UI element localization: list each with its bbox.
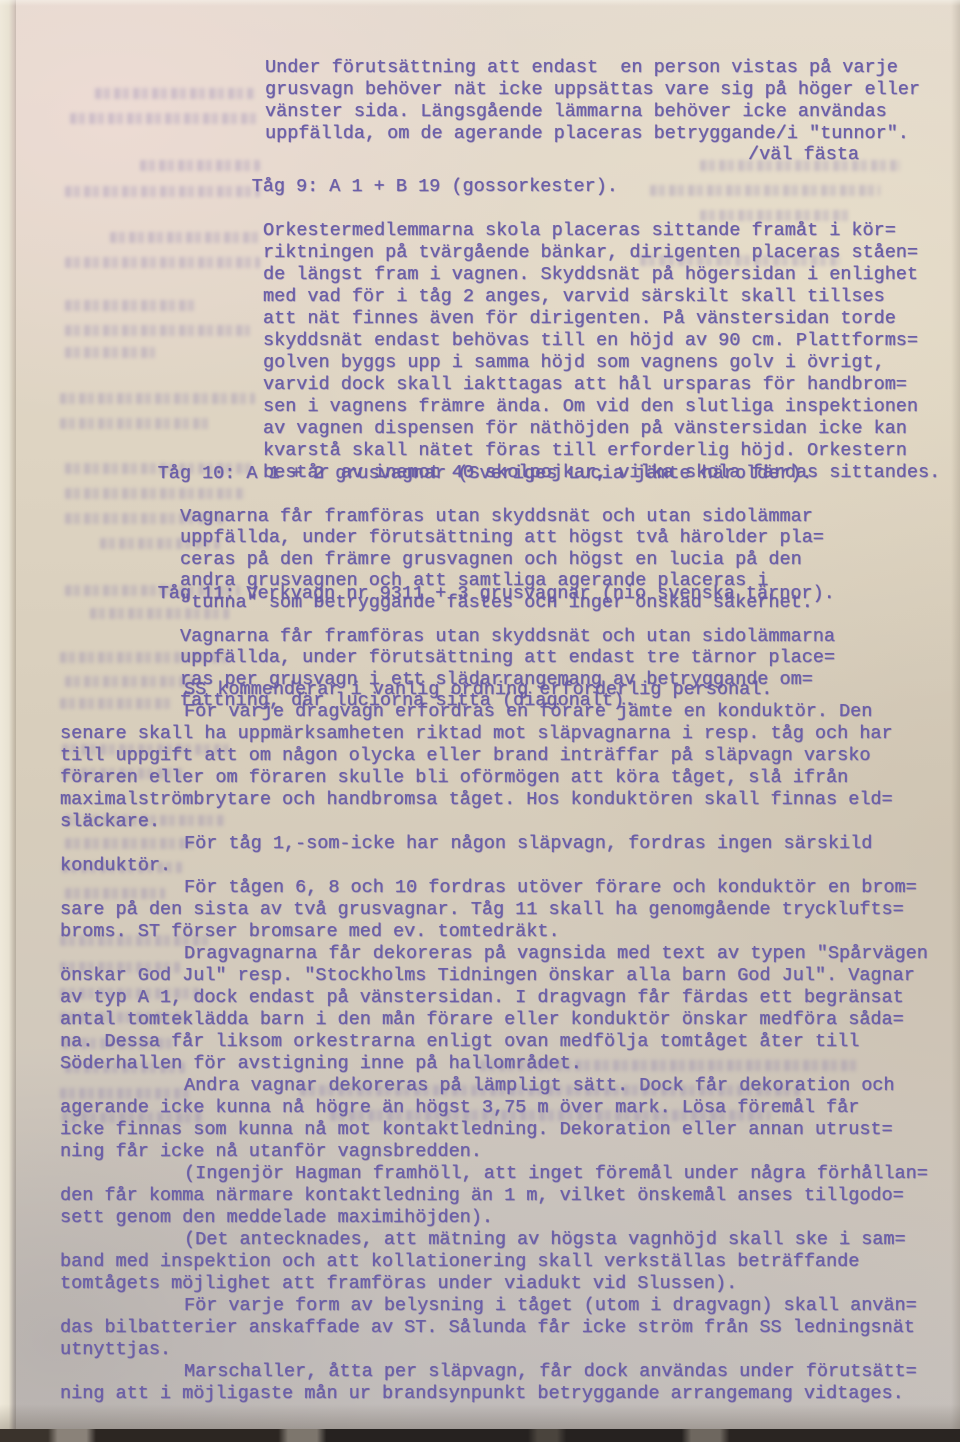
text-line: För varje dragvagn erfordras en förare j… [60, 701, 940, 723]
text-line: vänster sida. Längsgående lämmarna behöv… [265, 101, 920, 123]
text-line: utnyttjas. [60, 1339, 940, 1361]
paragraph: Marschaller, åtta per släpvagn, får dock… [60, 1361, 940, 1405]
text-line: (Ingenjör Hagman framhöll, att inget för… [60, 1163, 940, 1185]
text-line: na. Dessa får liksom orkestrarna enligt … [60, 1031, 940, 1053]
text-line: golven byggs upp i samma höjd som vagnen… [263, 352, 940, 374]
paragraph: Andra vagnar dekoreras på lämpligt sätt.… [60, 1075, 940, 1163]
text-line: broms. ST förser bromsare med ev. tomted… [60, 921, 940, 943]
page-right-edge [951, 0, 960, 1442]
bleed-through-line [65, 300, 195, 311]
paragraph: För varje form av belysning i tåget (uto… [60, 1295, 940, 1361]
bleed-through-line [65, 347, 155, 358]
text-line: riktningen på tvärgående bänkar, dirigen… [263, 242, 940, 264]
text-line: varvid dock skall iakttagas att hål ursp… [263, 374, 940, 396]
text-line: grusvagn behöver nät icke uppsättas vare… [265, 79, 920, 101]
text-line: med vad för i tåg 2 anges, varvid särski… [263, 286, 940, 308]
text-line: ning att i möjligaste mån ur brandsynpun… [60, 1383, 940, 1405]
train-title: A 1 + 2 grusvagnar (Sveriges Lucia jämte… [246, 463, 812, 484]
text-line: släckare. [60, 811, 940, 833]
train-10-heading: Tåg 10:A 1 + 2 grusvagnar (Sveriges Luci… [91, 441, 824, 506]
paragraph: (Det antecknades, att mätning av högsta … [60, 1229, 940, 1295]
text-line: sen i vagnens främre ända. Om vid den sl… [263, 396, 940, 418]
text-line: uppfällda, under förutsättning att endas… [180, 647, 835, 669]
train-title: A 1 + B 19 (gossorkester). [329, 176, 618, 197]
text-line: För tågen 6, 8 och 10 fordras utöver för… [60, 877, 940, 899]
text-line: För varje form av belysning i tåget (uto… [60, 1295, 940, 1317]
text-line: av vagnen dispensen för näthöjden på vän… [263, 418, 940, 440]
text-line: föraren eller om föraren skulle bli oför… [60, 767, 940, 789]
train-label: Tåg 9: [252, 176, 319, 197]
page-top-edge [0, 0, 960, 6]
text-line: agerande icke kunna nå högre än högst 3,… [60, 1097, 940, 1119]
text-line: uppfällda, under förutsättning att högst… [180, 527, 824, 549]
text-line: uppfällda, om de agerande placeras betry… [265, 123, 920, 145]
text-line: senare skall ha uppmärksamheten riktad m… [60, 723, 940, 745]
paragraph: För tågen 6, 8 och 10 fordras utöver för… [60, 877, 940, 943]
page-bottom-edge [0, 1429, 960, 1442]
text-line: önskar God Jul" resp. "Stockholms Tidnin… [60, 965, 940, 987]
text-line: att nät finnes även för dirigenten. På v… [263, 308, 940, 330]
text-line: maximalströmbrytare och handbromsa tåget… [60, 789, 940, 811]
bottom-scan-shadow [0, 1404, 960, 1430]
train-title: Verkvagn nr 9311 + 3 grusvagnar (nio sve… [246, 583, 834, 604]
text-line: icke finnas som kunna nå mot kontaktledn… [60, 1119, 940, 1141]
text-line: band med inspektion och att kollationeri… [60, 1251, 940, 1273]
text-line: de längst fram i vagnen. Skyddsnät på hö… [263, 264, 940, 286]
text-line: den får komma närmare kontaktledning än … [60, 1185, 940, 1207]
text-line: Dragvagnarna får dekoreras på vagnsida m… [60, 943, 940, 965]
text-line: (Det antecknades, att mätning av högsta … [60, 1229, 940, 1251]
paragraph: Dragvagnarna får dekoreras på vagnsida m… [60, 943, 940, 1075]
text-line: till uppgift att om någon olycka eller b… [60, 745, 940, 767]
text-line: av typ A 1, dock endast på vänstersidan.… [60, 987, 940, 1009]
page-left-edge [0, 0, 16, 1442]
paragraph: SS kommenderar i vanlig ordning erforder… [60, 679, 940, 701]
train-9-section: Tåg 9:A 1 + B 19 (gossorkester). Orkeste… [185, 154, 940, 484]
bleed-through-line [70, 113, 260, 124]
text-line: skyddsnät endast behövas till en höjd av… [263, 330, 940, 352]
text-line: Marschaller, åtta per släpvagn, får dock… [60, 1361, 940, 1383]
text-line: Vagnarna får framföras utan skyddsnät oc… [180, 626, 835, 648]
bleed-through-line [95, 88, 255, 99]
text-line: Andra vagnar dekoreras på lämpligt sätt.… [60, 1075, 940, 1097]
text-line: sett genom den meddelade maximihöjden). [60, 1207, 940, 1229]
scanned-document-page: Under förutsättning att endast en person… [0, 0, 960, 1442]
text-line: Vagnarna får framföras utan skyddsnät oc… [180, 506, 824, 528]
text-line: Söderhallen för avstigning inne på hallo… [60, 1053, 940, 1075]
train-11-heading: Tåg 11:Verkvagn nr 9311 + 3 grusvagnar (… [91, 561, 835, 626]
train-label: Tåg 11: [158, 583, 236, 604]
text-line: sare på den sista av två grusvagnar. Tåg… [60, 899, 940, 921]
text-line: Under förutsättning att endast en person… [265, 57, 920, 79]
train-9-heading: Tåg 9:A 1 + B 19 (gossorkester). [185, 154, 940, 220]
body-paragraphs: SS kommenderar i vanlig ordning erforder… [60, 679, 940, 1405]
paragraph: För varje dragvagn erfordras en förare j… [60, 701, 940, 833]
train-label: Tåg 10: [158, 463, 236, 484]
text-line: konduktör. [60, 855, 940, 877]
text-line: tomtågets möjlighet att framföras under … [60, 1273, 940, 1295]
text-line: För tåg 1,-som-icke har någon släpvagn, … [60, 833, 940, 855]
text-line: das bilbatterier anskaffade av ST. Sålun… [60, 1317, 940, 1339]
text-line: Orkestermedlemmarna skola placeras sitta… [263, 220, 940, 242]
text-line: SS kommenderar i vanlig ordning erforder… [60, 679, 940, 701]
paragraph: För tåg 1,-som-icke har någon släpvagn, … [60, 833, 940, 877]
text-line: ning får icke nå utanför vagnsbredden. [60, 1141, 940, 1163]
paragraph: (Ingenjör Hagman framhöll, att inget för… [60, 1163, 940, 1229]
text-line: antal tomteklädda barn i den mån förare … [60, 1009, 940, 1031]
intro-paragraph: Under förutsättning att endast en person… [265, 57, 920, 145]
